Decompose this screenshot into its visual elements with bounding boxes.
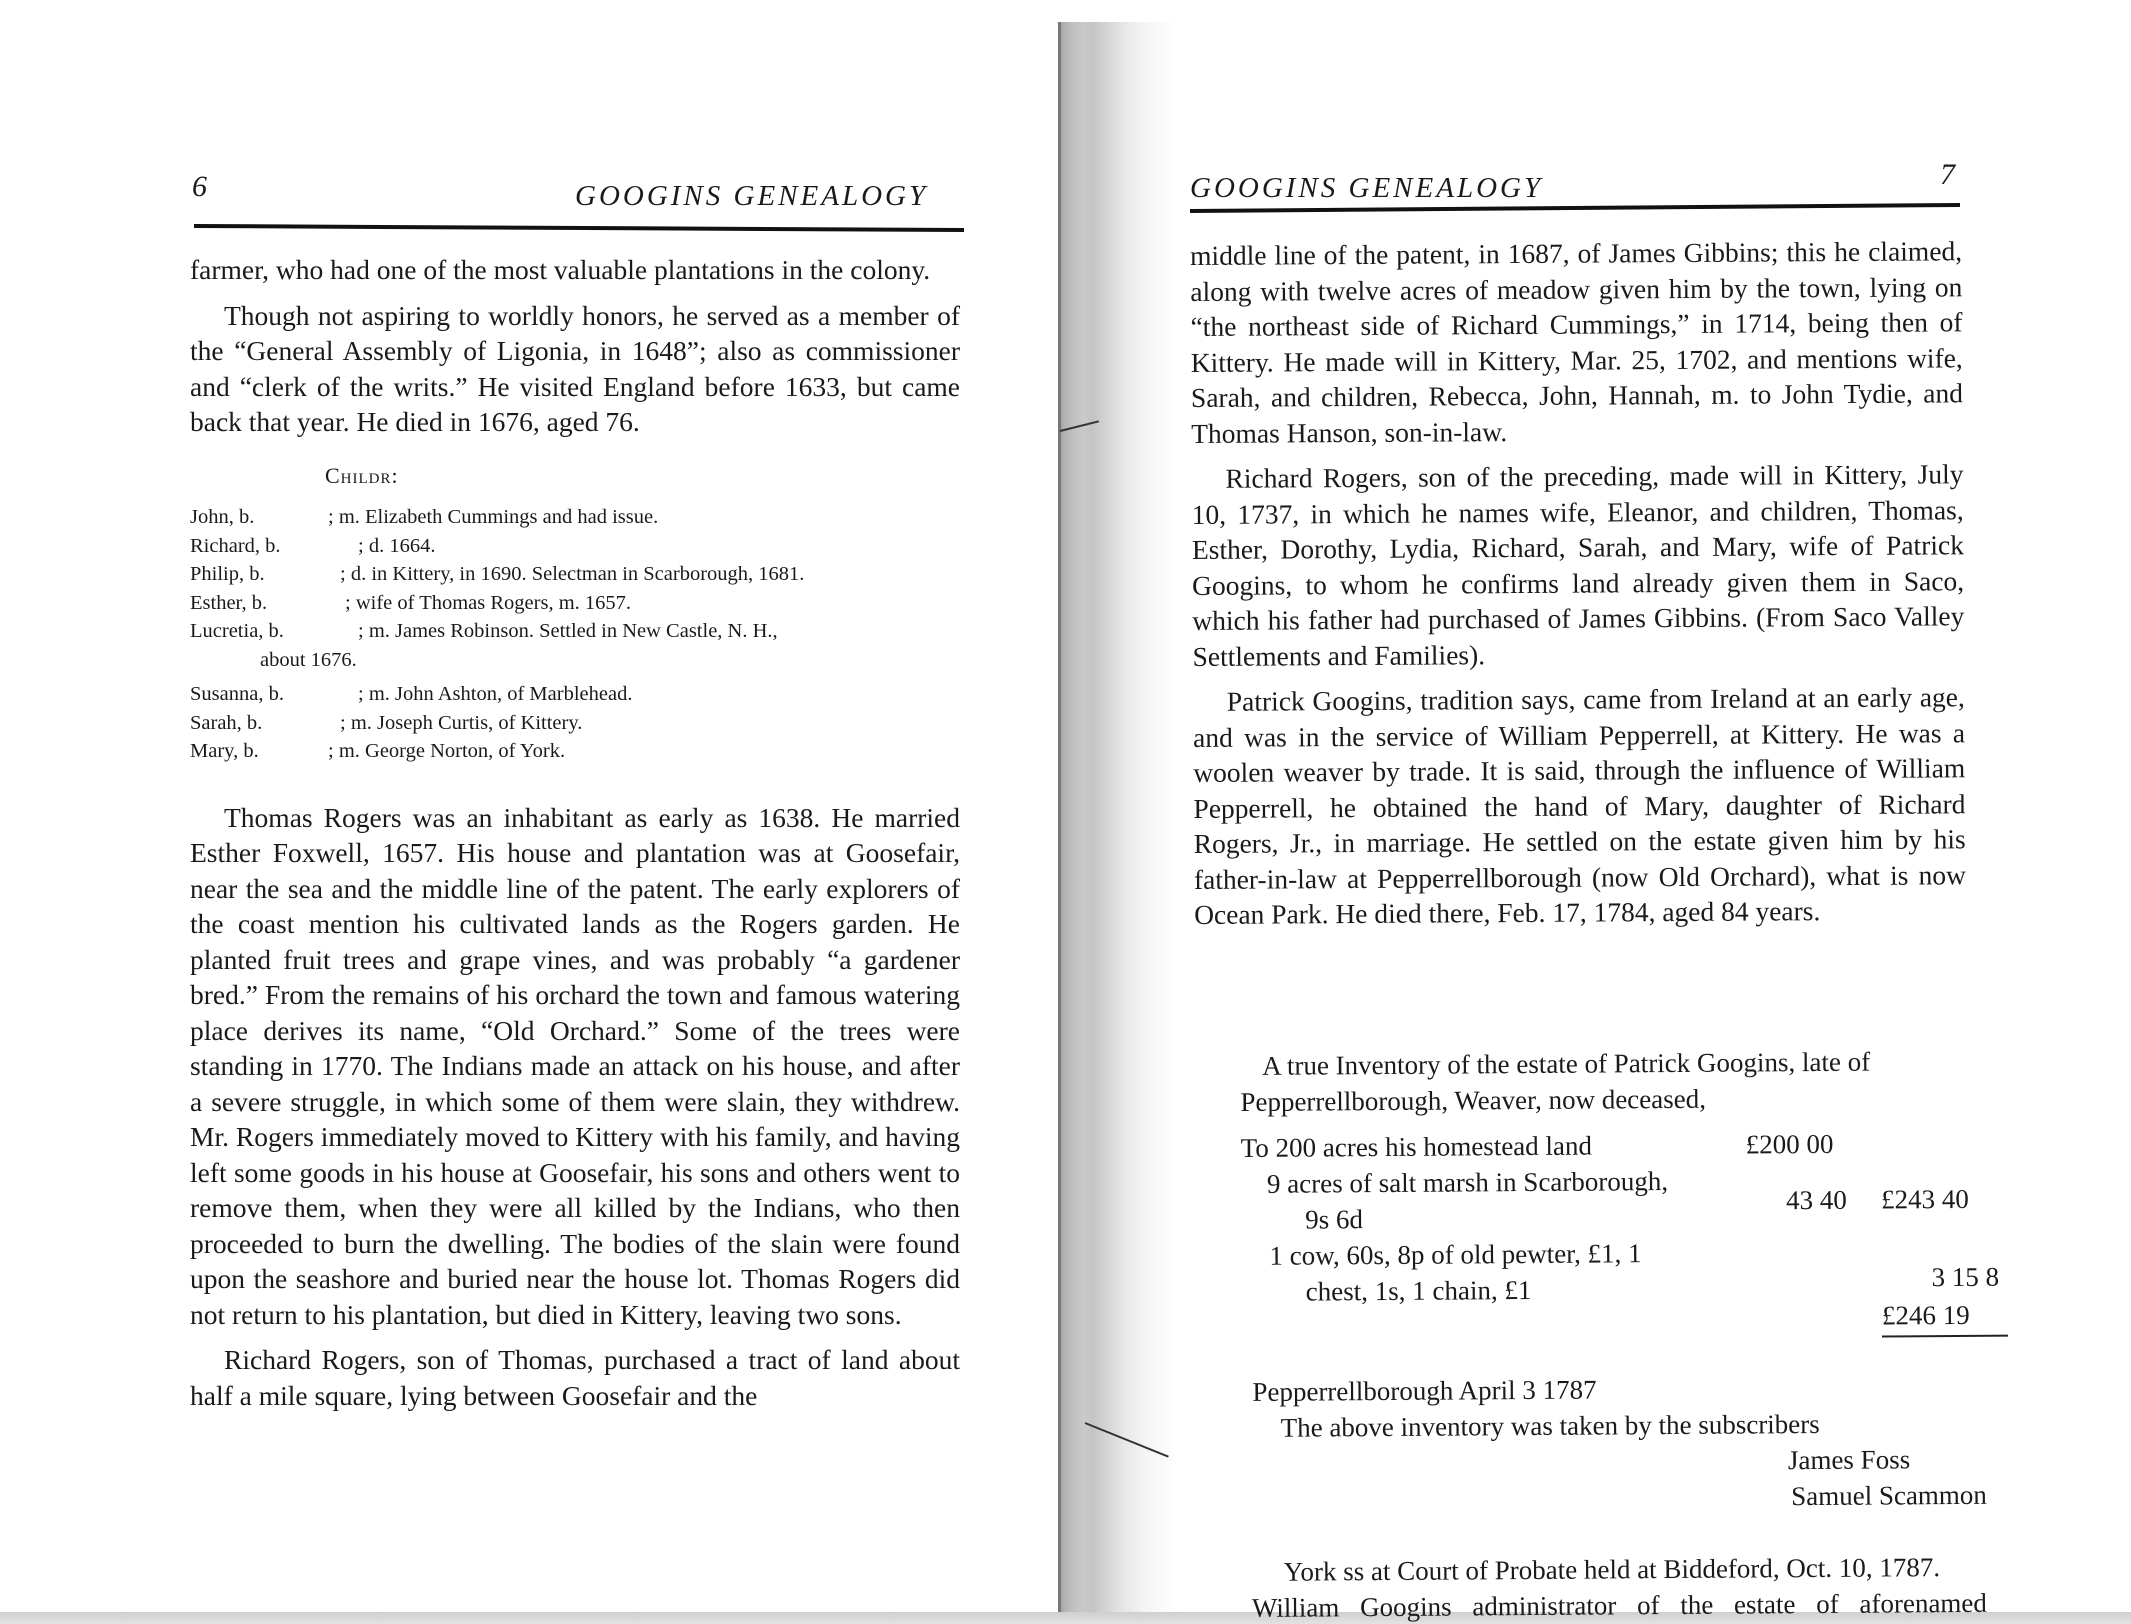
running-head: GOOGINS GENEALOGY <box>575 180 928 213</box>
inventory-row: To 200 acres his homestead land £200 00 <box>1241 1125 2021 1166</box>
paragraph: farmer, who had one of the most valuable… <box>190 252 960 288</box>
item-text: chest, 1s, 1 chain, £1 <box>1306 1275 1532 1307</box>
list-item: Esther, b. ; wife of Thomas Rogers, m. 1… <box>190 589 960 618</box>
child-name: Susanna, b. <box>190 680 358 709</box>
page-edge <box>1058 22 1061 1622</box>
item-text: 9s 6d <box>1305 1204 1363 1234</box>
paragraph: Thomas Rogers was an inhabitant as early… <box>190 800 960 1333</box>
signatory: Samuel Scammon <box>1243 1477 2023 1518</box>
child-note: ; m. James Robinson. Settled in New Cast… <box>358 617 778 646</box>
list-item: John, b. ; m. Elizabeth Cummings and had… <box>190 503 960 532</box>
list-item: Philip, b. ; d. in Kittery, in 1690. Sel… <box>190 560 960 589</box>
child-note: ; wife of Thomas Rogers, m. 1657. <box>345 589 631 618</box>
right-page: GOOGINS GENEALOGY 7 middle line of the p… <box>1150 0 2131 1612</box>
child-note-continued: about 1676. <box>190 646 960 675</box>
inventory-intro: Pepperrellborough, Weaver, now deceased, <box>1240 1079 2020 1120</box>
right-body: middle line of the patent, in 1687, of J… <box>1190 233 1966 932</box>
list-item: Richard, b. ; d. 1664. <box>190 532 960 561</box>
item-amount: £200 00 <box>1746 1126 1834 1163</box>
child-name: Philip, b. <box>190 560 340 589</box>
inventory-row: 9s 6d 43 40 £243 40 <box>1241 1197 2021 1238</box>
attestation: The above inventory was taken by the sub… <box>1243 1405 2023 1446</box>
inventory-intro: A true Inventory of the estate of Patric… <box>1240 1043 2020 1084</box>
child-name: Lucretia, b. <box>190 617 358 646</box>
signatory: James Foss <box>1243 1441 2023 1482</box>
child-note: ; m. George Norton, of York. <box>328 737 565 766</box>
item-amount: 43 40 <box>1786 1182 1847 1218</box>
probate-line: York ss at Court of Probate held at Bidd… <box>1244 1549 2024 1590</box>
total-amount: £246 19 <box>1882 1297 1970 1334</box>
running-head: GOOGINS GENEALOGY <box>1190 172 1543 205</box>
left-page: 6 GOOGINS GENEALOGY farmer, who had one … <box>0 0 1060 1612</box>
inventory-total-row: £246 19 <box>1242 1305 2022 1346</box>
item-amount: 3 15 8 <box>1931 1259 1999 1295</box>
child-note: ; m. John Ashton, of Marblehead. <box>358 680 632 709</box>
paragraph: Patrick Googins, tradition says, came fr… <box>1193 679 1967 932</box>
subtotal-amount: £243 40 <box>1881 1181 1969 1218</box>
item-text: 1 cow, 60s, 8p of old pewter, £1, 1 <box>1269 1238 1641 1271</box>
place-date: Pepperrellborough April 3 1787 <box>1242 1369 2022 1410</box>
child-note: ; m. Joseph Curtis, of Kittery. <box>340 709 582 738</box>
left-body: farmer, who had one of the most valuable… <box>190 252 960 1413</box>
child-name: Richard, b. <box>190 532 358 561</box>
list-item: Sarah, b. ; m. Joseph Curtis, of Kittery… <box>190 709 960 738</box>
paragraph: Richard Rogers, son of Thomas, purchased… <box>190 1342 960 1413</box>
children-list: John, b. ; m. Elizabeth Cummings and had… <box>190 503 960 766</box>
list-item: Mary, b. ; m. George Norton, of York. <box>190 737 960 766</box>
page-number: 6 <box>192 170 207 204</box>
item-text: To 200 acres his homestead land <box>1241 1131 1592 1163</box>
paragraph: middle line of the patent, in 1687, of J… <box>1190 233 1963 451</box>
child-name: Sarah, b. <box>190 709 340 738</box>
header-rule <box>194 224 964 232</box>
list-item: Susanna, b. ; m. John Ashton, of Marbleh… <box>190 680 960 709</box>
item-text: 9 acres of salt marsh in Scarborough, <box>1267 1166 1668 1199</box>
child-name: John, b. <box>190 503 328 532</box>
child-note: ; m. Elizabeth Cummings and had issue. <box>328 503 658 532</box>
children-heading: Childr: <box>325 458 960 494</box>
paragraph: Richard Rogers, son of the preceding, ma… <box>1191 456 1964 674</box>
child-note: ; d. 1664. <box>358 532 435 561</box>
child-name: Mary, b. <box>190 737 328 766</box>
inventory: A true Inventory of the estate of Patric… <box>1240 1043 2024 1624</box>
probate-line: William Googins administrator of the est… <box>1244 1585 2024 1624</box>
paragraph: Though not aspiring to worldly honors, h… <box>190 298 960 440</box>
list-item: Lucretia, b. ; m. James Robinson. Settle… <box>190 617 960 646</box>
child-name: Esther, b. <box>190 589 345 618</box>
page-number: 7 <box>1940 158 1955 192</box>
child-note: ; d. in Kittery, in 1690. Selectman in S… <box>340 560 804 589</box>
inventory-row: 1 cow, 60s, 8p of old pewter, £1, 1 <box>1241 1233 2021 1274</box>
